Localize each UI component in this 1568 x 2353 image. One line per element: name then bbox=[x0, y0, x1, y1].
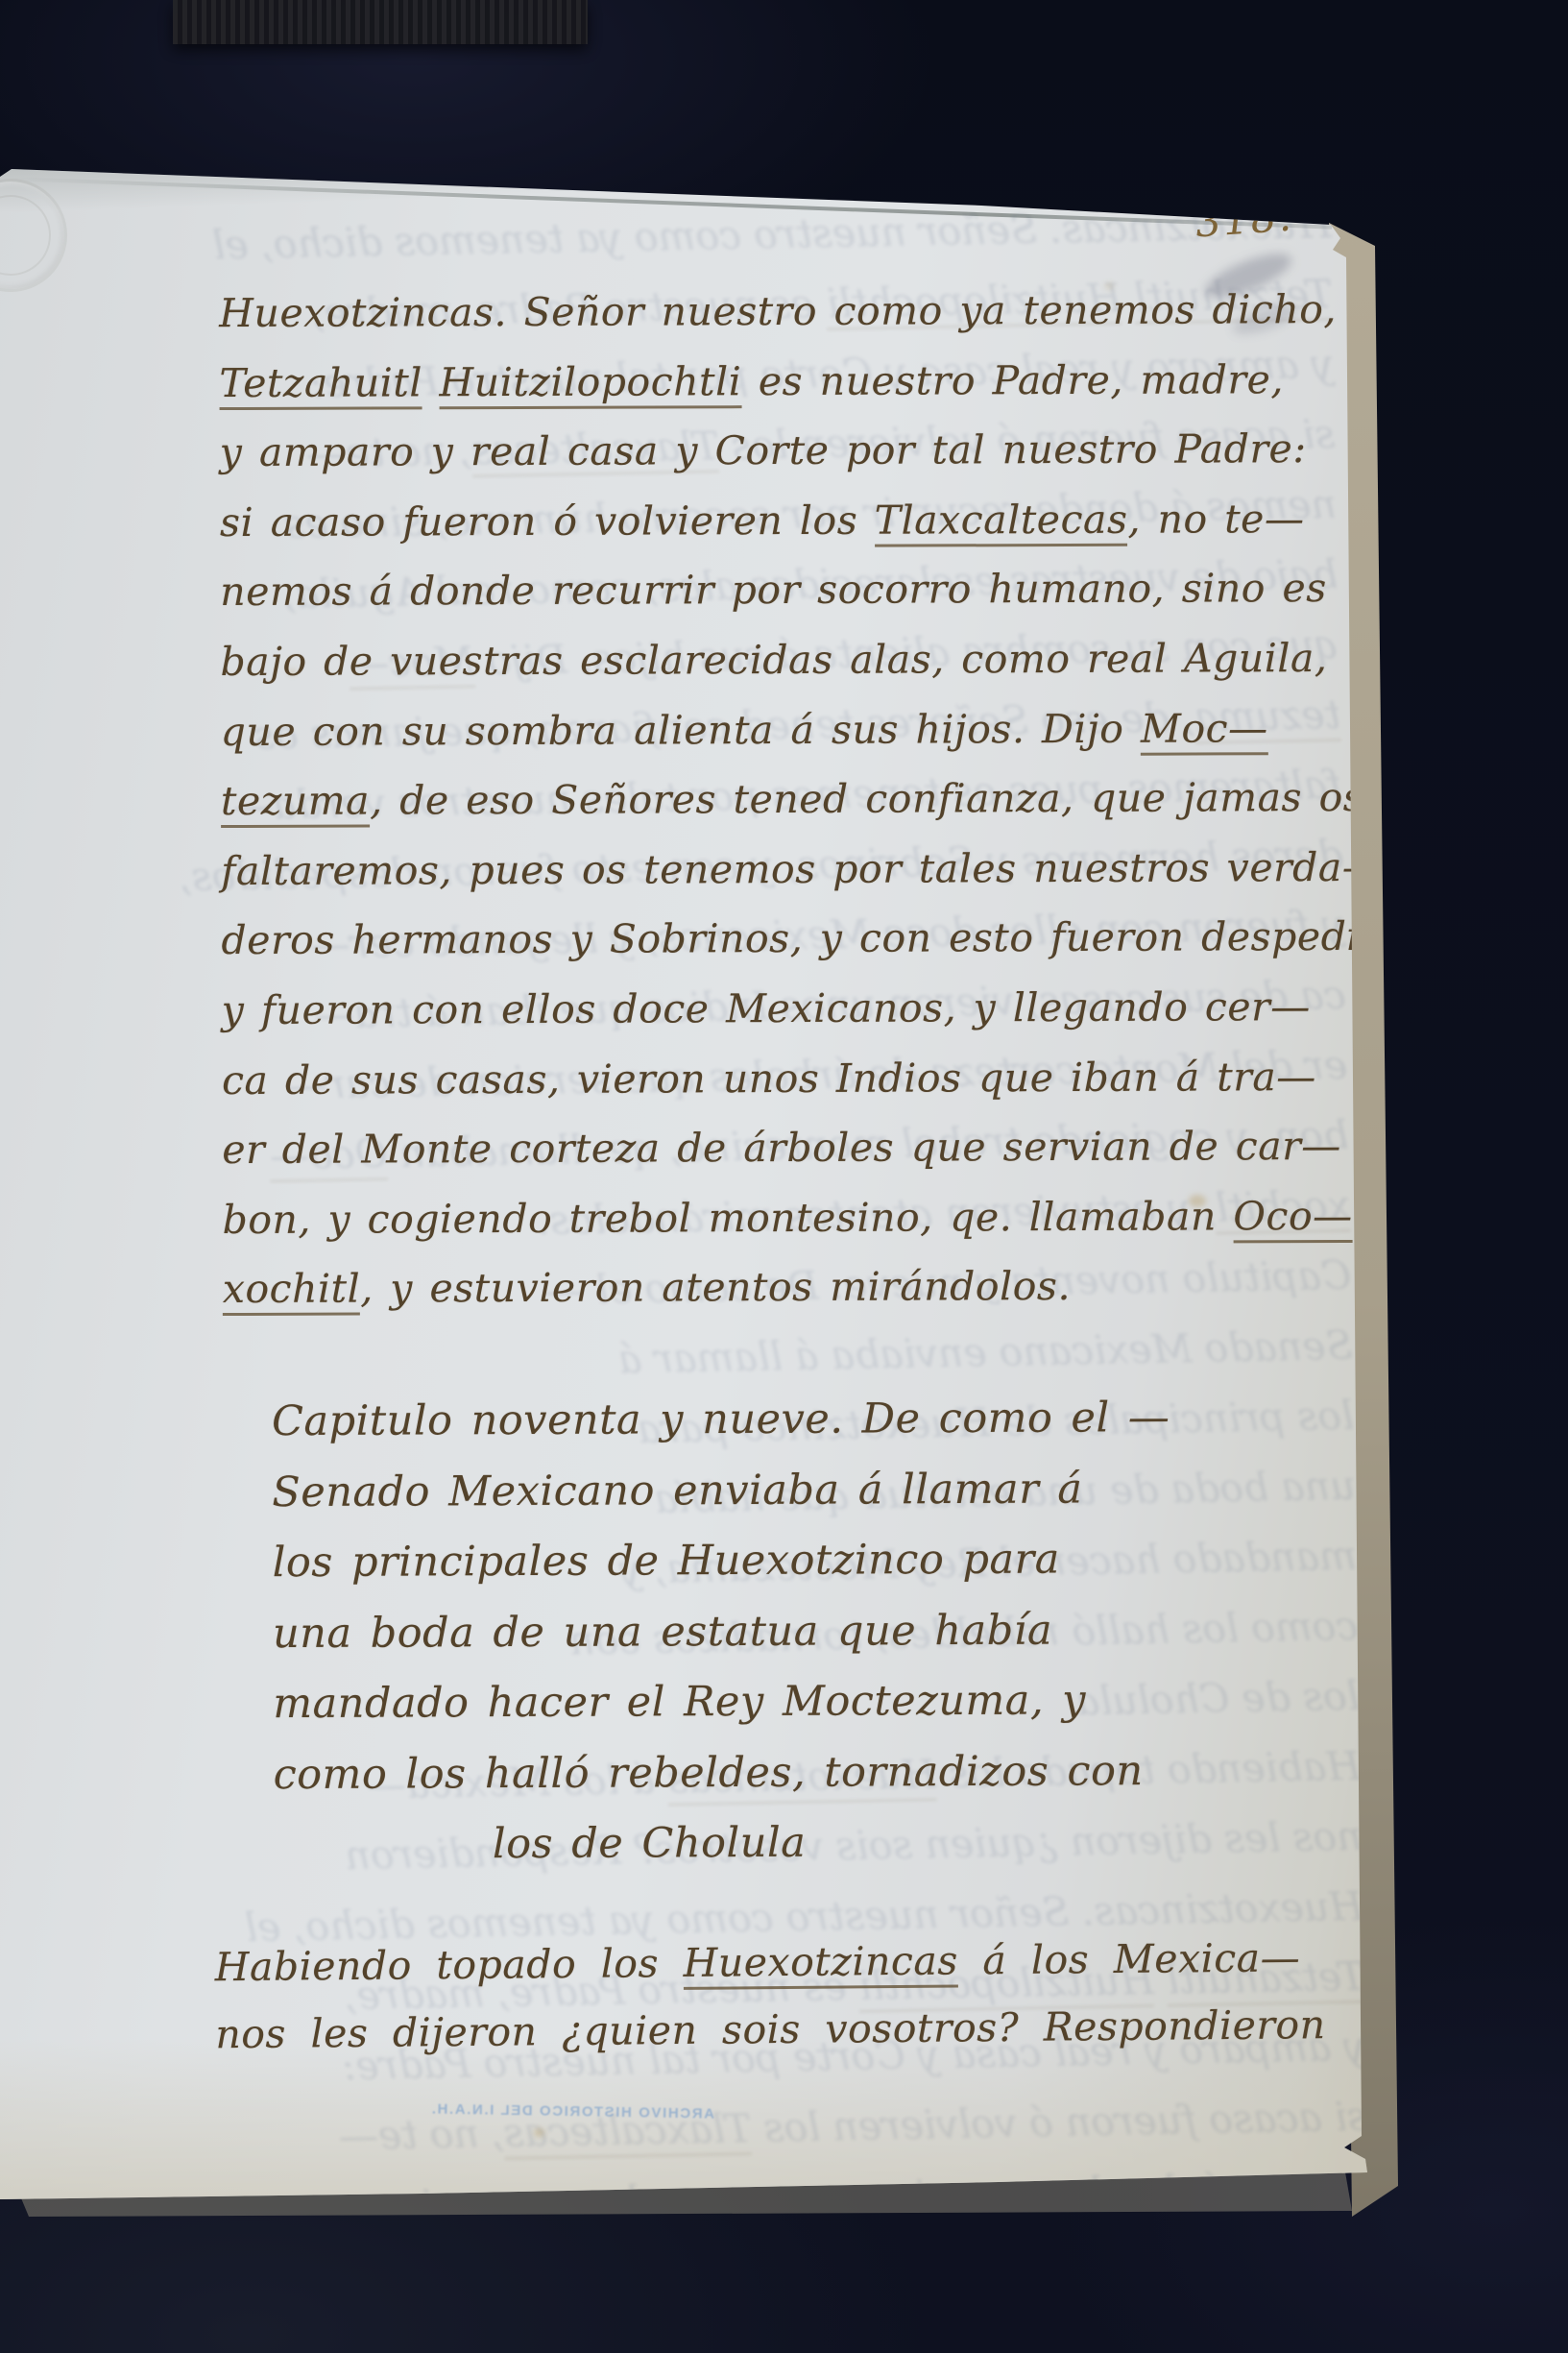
manuscript-leaf: Huexotzincas. Señor nuestro como ya tene… bbox=[0, 169, 1408, 2224]
text-run: deros hermanos y Sobrinos, y con esto fu… bbox=[221, 913, 1443, 963]
underlined-word: Tetzahuitl bbox=[219, 359, 422, 410]
text-run: nemos á donde recurrir por socorro human… bbox=[220, 565, 1327, 615]
manuscript-line: los de Cholula bbox=[274, 1807, 1215, 1881]
text-run: los principales de Huexotzinco para bbox=[273, 1536, 1060, 1588]
manuscript-line: y fueron con ellos doce Mexicanos, y lle… bbox=[222, 972, 1355, 1046]
text-run: , y estuvieron atentos mirándolos. bbox=[360, 1263, 1071, 1312]
underlined-word: xochitl bbox=[223, 1266, 361, 1317]
manuscript-line: tezuma, de eso Señores tened confianza, … bbox=[221, 763, 1354, 837]
text-run: si acaso fueron ó volvieren los bbox=[751, 2094, 1368, 2151]
text-run: faltaremos, pues os tenemos por tales nu… bbox=[221, 844, 1382, 894]
text-run: es nuestro Padre, madre, bbox=[741, 356, 1284, 404]
manuscript-line: bon, y cogiendo trebol montesino, qe. ll… bbox=[222, 1181, 1355, 1255]
underlined-word: tezuma bbox=[221, 778, 370, 829]
text-run: nos les dijeron ¿quien sois vosotros? Re… bbox=[215, 2001, 1326, 2057]
fox-stain bbox=[534, 2128, 544, 2137]
manuscript-line: bajo de vuestras esclarecidas alas, como… bbox=[220, 623, 1353, 697]
opening-paragraph: Huexotzincas. Señor nuestro como ya tene… bbox=[219, 275, 1356, 1324]
manuscript-line: y amparo y real casa y Corte por tal nue… bbox=[220, 414, 1353, 488]
text-run: Huexotzincas. Señor nuestro como ya tene… bbox=[212, 201, 1332, 268]
manuscript-line: deros hermanos y Sobrinos, y con esto fu… bbox=[221, 902, 1354, 976]
text-run: Capitulo noventa y nueve. De como el — bbox=[272, 1394, 1170, 1445]
text-run: y fueron con ellos doce Mexicanos, y lle… bbox=[222, 983, 1311, 1033]
manuscript-line: Senado Mexicano enviaba á llamar á bbox=[272, 1453, 1213, 1528]
manuscript-page: Huexotzincas. Señor nuestro como ya tene… bbox=[0, 169, 1408, 2224]
manuscript-line: faltaremos, pues os tenemos por tales nu… bbox=[221, 833, 1354, 907]
underlined-word: Huexotzincas bbox=[683, 1937, 958, 1989]
manuscript-line: ca de sus casas, vieron unos Indios que … bbox=[222, 1041, 1355, 1115]
page-number: 318. bbox=[1194, 193, 1294, 247]
manuscript-line: una boda de una estatua que había bbox=[273, 1594, 1214, 1669]
underlined-word: Oco— bbox=[1233, 1193, 1352, 1243]
text-run: Habiendo topado los bbox=[215, 1940, 684, 1990]
text-run: ca de sus casas, vieron unos Indios que … bbox=[222, 1054, 1316, 1104]
text-run: y amparo y real casa y Corte por tal nue… bbox=[220, 425, 1307, 475]
text-run: bajo de vuestras esclarecidas alas, como… bbox=[220, 635, 1327, 685]
text-run: , no te— bbox=[1127, 496, 1304, 543]
closing-paragraph: Habiendo topado los Huexotzincas á los M… bbox=[214, 1924, 1358, 2068]
manuscript-line: que con su sombra alienta á sus hijos. D… bbox=[221, 693, 1354, 767]
manuscript-line: xochitl, y estuvieron atentos mirándolos… bbox=[223, 1250, 1356, 1324]
text-run: er del Monte corteza de árboles que serv… bbox=[222, 1123, 1341, 1173]
manuscript-line: Capitulo noventa y nueve. De como el — bbox=[272, 1383, 1213, 1458]
text-run: los de Cholula bbox=[493, 1819, 807, 1868]
text-run: Senado Mexicano enviaba á llamar á bbox=[272, 1465, 1082, 1516]
text-run: una boda de una estatua que había bbox=[273, 1606, 1052, 1658]
text-run: que con su sombra alienta á sus hijos. D… bbox=[221, 705, 1141, 754]
text-run: bon, y cogiendo trebol montesino, qe. ll… bbox=[222, 1193, 1233, 1243]
underlined-word: Tlaxcaltecas bbox=[875, 497, 1128, 547]
text-run: mandado hacer el Rey Moctezuma, y bbox=[273, 1676, 1086, 1728]
book-binding-fabric bbox=[173, 0, 588, 44]
text-run: si acaso fueron ó volvieren los bbox=[220, 497, 875, 545]
text-run: Huexotzincas. Señor nuestro como ya tene… bbox=[219, 286, 1390, 336]
text-run: como los halló rebeldes, tornadizos con bbox=[274, 1747, 1144, 1799]
underlined-word: Moc— bbox=[1141, 705, 1268, 755]
text-run: á los Mexica— bbox=[958, 1934, 1301, 1983]
manuscript-line: si acaso fueron ó volvieren los Tlaxcalt… bbox=[220, 484, 1353, 558]
photo-background: Huexotzincas. Señor nuestro como ya tene… bbox=[0, 0, 1568, 2353]
text-run: , de eso Señores tened confianza, que ja… bbox=[370, 774, 1363, 824]
manuscript-line: los principales de Huexotzinco para bbox=[273, 1524, 1214, 1599]
manuscript-line: como los halló rebeldes, tornadizos con bbox=[273, 1735, 1214, 1810]
text-run bbox=[422, 359, 440, 405]
manuscript-line: Habiendo topado los Huexotzincas á los M… bbox=[214, 1924, 1358, 2001]
manuscript-line: Tetzahuitl Huitzilopochtli es nuestro Pa… bbox=[219, 345, 1352, 419]
manuscript-line: nos les dijeron ¿quien sois vosotros? Re… bbox=[215, 1991, 1359, 2068]
manuscript-line: Huexotzincas. Señor nuestro como ya tene… bbox=[219, 275, 1352, 349]
underlined-word: Huitzilopochtli bbox=[439, 358, 741, 409]
manuscript-line: nemos á donde recurrir por socorro human… bbox=[220, 553, 1353, 627]
text-run: Senado Mexicano enviaba á llamar á bbox=[618, 1322, 1354, 1383]
manuscript-line: mandado hacer el Rey Moctezuma, y bbox=[273, 1665, 1214, 1740]
manuscript-line: er del Monte corteza de árboles que serv… bbox=[222, 1111, 1355, 1185]
chapter-heading: Capitulo noventa y nueve. De como el —Se… bbox=[272, 1383, 1215, 1881]
